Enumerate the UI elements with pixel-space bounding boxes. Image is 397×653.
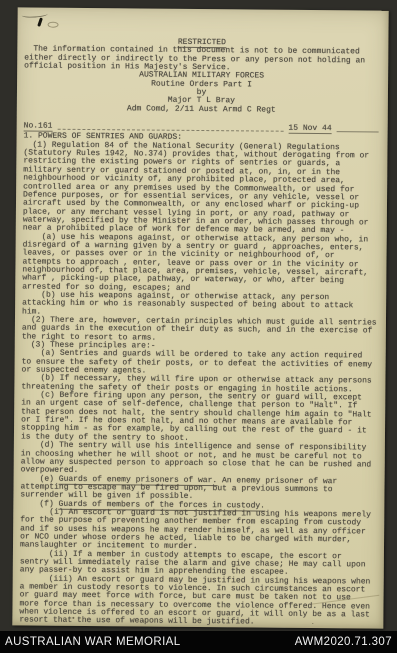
author-unit: Adm Comd, 2/11 Aust Armd C Regt bbox=[24, 104, 379, 115]
archive-footer: AUSTRALIAN WAR MEMORIAL AWM2020.71.307 bbox=[0, 631, 397, 653]
paragraph: (e) Guards of enemy prisoners of war. An… bbox=[20, 475, 375, 503]
document-paper: RESTRICTED The information contained in … bbox=[12, 7, 388, 628]
paragraph: (a) use his weapons against, or otherwis… bbox=[22, 233, 377, 295]
order-number: No.161 bbox=[24, 123, 53, 133]
paragraph: (i) An escort or guard is not justified … bbox=[20, 508, 375, 553]
security-notice: The information contained in this docume… bbox=[24, 46, 379, 74]
archive-id: AWM2020.71.307 bbox=[295, 636, 392, 648]
archive-name: AUSTRALIAN WAR MEMORIAL bbox=[5, 636, 181, 648]
paragraph: (d) The sentry will use his intelligence… bbox=[21, 442, 376, 478]
document-body: (1) Regulation 84 of the National Securi… bbox=[19, 141, 378, 628]
paragraph: (c) Before firing upon any person, the s… bbox=[21, 392, 376, 445]
paragraph: (iii) An escort or guard may be justifie… bbox=[19, 575, 374, 628]
order-date: 15 Nov 44 bbox=[288, 125, 331, 135]
document-content: RESTRICTED The information contained in … bbox=[12, 7, 388, 628]
ruled-line-tail bbox=[337, 131, 379, 133]
paragraph: (1) Regulation 84 of the National Securi… bbox=[23, 141, 379, 236]
scanned-page: RESTRICTED The information contained in … bbox=[0, 0, 397, 653]
